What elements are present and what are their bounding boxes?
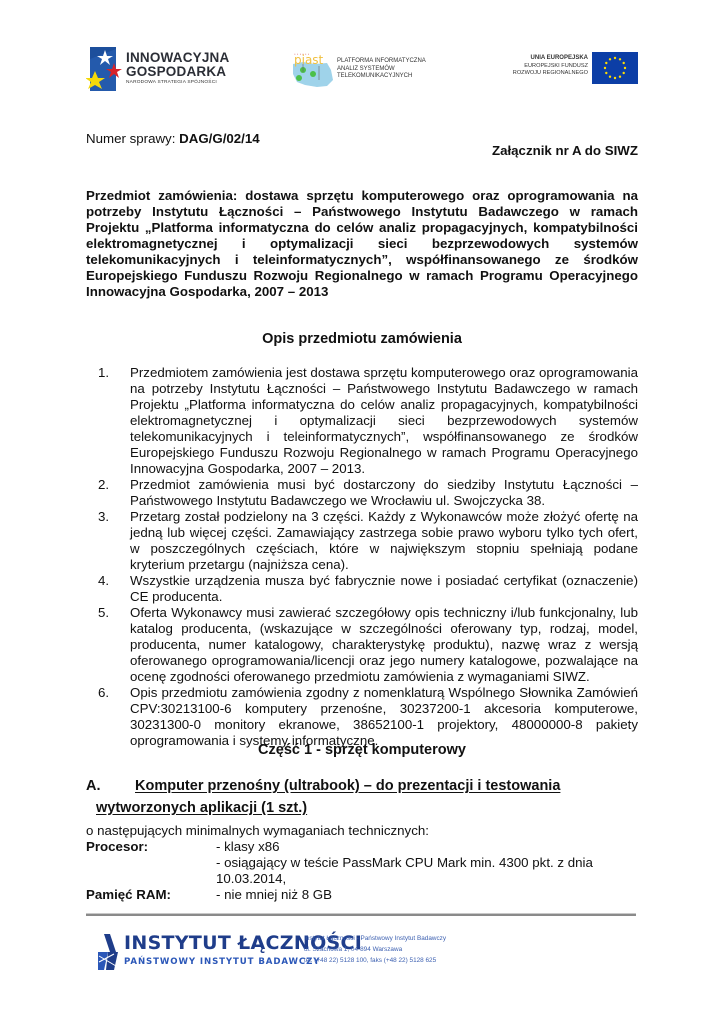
piast-logo: piast • • • • • • PLATFORMA INFORMATYCZN… bbox=[289, 52, 459, 92]
list-item: 6.Opis przedmiotu zamówienia zgodny z no… bbox=[86, 685, 638, 749]
spec-value: - nie mniej niż 8 GB bbox=[216, 887, 636, 903]
innovation-stars-icon bbox=[86, 45, 122, 93]
part-title: Część 1 - sprzęt komputerowy bbox=[0, 742, 724, 758]
list-item: 2.Przedmiot zamówienia musi być dostarcz… bbox=[86, 477, 638, 509]
item-a-heading: A.Komputer przenośny (ultrabook) – do pr… bbox=[86, 775, 560, 819]
footer-divider bbox=[86, 913, 636, 916]
annex-label: Załącznik nr A do SIWZ bbox=[492, 143, 638, 159]
requirements-intro: o następujących minimalnych wymaganiach … bbox=[86, 823, 429, 839]
case-number-value: DAG/G/02/14 bbox=[179, 131, 260, 146]
spec-row-cpu: Procesor: - klasy x86 - osiągający w teś… bbox=[86, 839, 636, 887]
institute-subtitle: PAŃSTWOWY INSTYTUT BADAWCZY bbox=[124, 957, 320, 967]
eu-line-1: UNIA EUROPEJSKA bbox=[513, 55, 588, 63]
eu-flag-icon bbox=[592, 52, 638, 84]
instytut-lacznosci-emblem-icon bbox=[96, 932, 120, 972]
innowacyjna-gospodarka-logo: INNOWACYJNA GOSPODARKA NARODOWA STRATEGI… bbox=[86, 45, 266, 95]
case-number-label: Numer sprawy: bbox=[86, 131, 179, 146]
item-letter: A. bbox=[86, 775, 135, 797]
svg-text:• • • • • •: • • • • • • bbox=[294, 52, 310, 56]
spec-row-ram: Pamięć RAM: - nie mniej niż 8 GB bbox=[86, 887, 636, 903]
piast-line-2: ANALIZ SYSTEMÓW bbox=[337, 66, 426, 74]
item-title-line-1: Komputer przenośny (ultrabook) – do prez… bbox=[135, 778, 560, 794]
eu-line-2: EUROPEJSKI FUNDUSZ bbox=[513, 63, 588, 71]
eu-line-3: ROZWOJU REGIONALNEGO bbox=[513, 70, 588, 78]
piast-line-1: PLATFORMA INFORMATYCZNA bbox=[337, 58, 426, 66]
logo-line-2: GOSPODARKA bbox=[126, 65, 229, 79]
description-list: 1.Przedmiotem zamówienia jest dostawa sp… bbox=[86, 365, 638, 749]
item-title-line-2: wytworzonych aplikacji (1 szt.) bbox=[96, 800, 307, 816]
spec-table: Procesor: - klasy x86 - osiągający w teś… bbox=[86, 839, 636, 903]
spec-value: - klasy x86 bbox=[216, 839, 636, 855]
spec-label: Procesor: bbox=[86, 839, 216, 887]
piast-map-icon: piast • • • • • • bbox=[289, 52, 335, 90]
footer-logo: INSTYTUT ŁĄCZNOŚCI PAŃSTWOWY INSTYTUT BA… bbox=[96, 930, 496, 975]
spec-value: - osiągający w teście PassMark CPU Mark … bbox=[216, 855, 636, 887]
eu-logo: UNIA EUROPEJSKA EUROPEJSKI FUNDUSZ ROZWO… bbox=[506, 52, 638, 84]
logo-line-1: INNOWACYJNA bbox=[126, 51, 229, 65]
list-item: 4.Wszystkie urządzenia musza być fabrycz… bbox=[86, 573, 638, 605]
list-item: 1.Przedmiotem zamówienia jest dostawa sp… bbox=[86, 365, 638, 477]
list-item: 3.Przetarg został podzielony na 3 części… bbox=[86, 509, 638, 573]
spec-label: Pamięć RAM: bbox=[86, 887, 216, 903]
order-subject: Przedmiot zamówienia: dostawa sprzętu ko… bbox=[86, 188, 638, 300]
list-item: 5.Oferta Wykonawcy musi zawierać szczegó… bbox=[86, 605, 638, 685]
institute-address: Instytut Łączności - Państwowy Instytut … bbox=[304, 933, 446, 966]
piast-line-3: TELEKOMUNIKACYJNYCH bbox=[337, 73, 426, 81]
logo-line-3: NARODOWA STRATEGIA SPÓJNOŚCI bbox=[126, 80, 229, 85]
case-number: Numer sprawy: DAG/G/02/14 bbox=[86, 131, 260, 147]
section-title: Opis przedmiotu zamówienia bbox=[0, 331, 724, 347]
